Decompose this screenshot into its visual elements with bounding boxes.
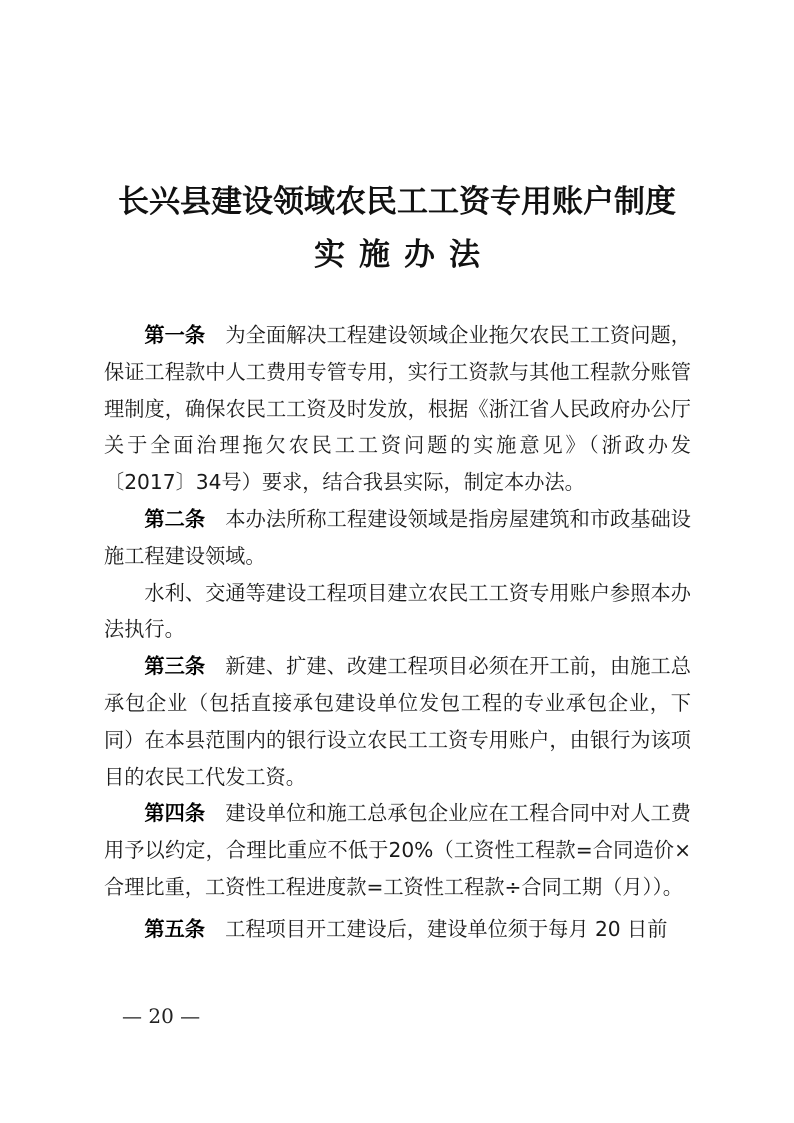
article-1: 第一条为全面解决工程建设领域企业拖欠农民工工资问题，保证工程款中人工费用专管专用…	[104, 317, 691, 501]
article-text: 水利、交通等建设工程项目建立农民工工资专用账户参照本办法执行。	[104, 581, 691, 642]
document-subtitle: 实施办法	[0, 229, 794, 274]
article-4: 第四条建设单位和施工总承包企业应在工程合同中对人工费用予以约定，合理比重应不低于…	[104, 795, 691, 905]
article-label: 第一条	[144, 323, 205, 347]
article-5: 第五条工程项目开工建设后，建设单位须于每月 20 日前	[104, 911, 691, 948]
page-number: — 20 —	[122, 1004, 200, 1028]
article-2: 第二条本办法所称工程建设领域是指房屋建筑和市政基础设施工程建设领域。	[104, 501, 691, 575]
article-label: 第四条	[144, 801, 205, 825]
document-body: 第一条为全面解决工程建设领域企业拖欠农民工工资问题，保证工程款中人工费用专管专用…	[104, 317, 691, 948]
article-label: 第三条	[144, 654, 205, 678]
document-title: 长兴县建设领域农民工工资专用账户制度	[0, 176, 794, 221]
article-label: 第五条	[144, 917, 205, 941]
article-label: 第二条	[144, 507, 205, 531]
article-3: 第三条新建、扩建、改建工程项目必须在开工前，由施工总承包企业（包括直接承包建设单…	[104, 648, 691, 795]
article-2-supplement: 水利、交通等建设工程项目建立农民工工资专用账户参照本办法执行。	[104, 575, 691, 649]
article-text: 工程项目开工建设后，建设单位须于每月 20 日前	[225, 917, 667, 941]
article-text: 为全面解决工程建设领域企业拖欠农民工工资问题，保证工程款中人工费用专管专用，实行…	[104, 323, 691, 494]
